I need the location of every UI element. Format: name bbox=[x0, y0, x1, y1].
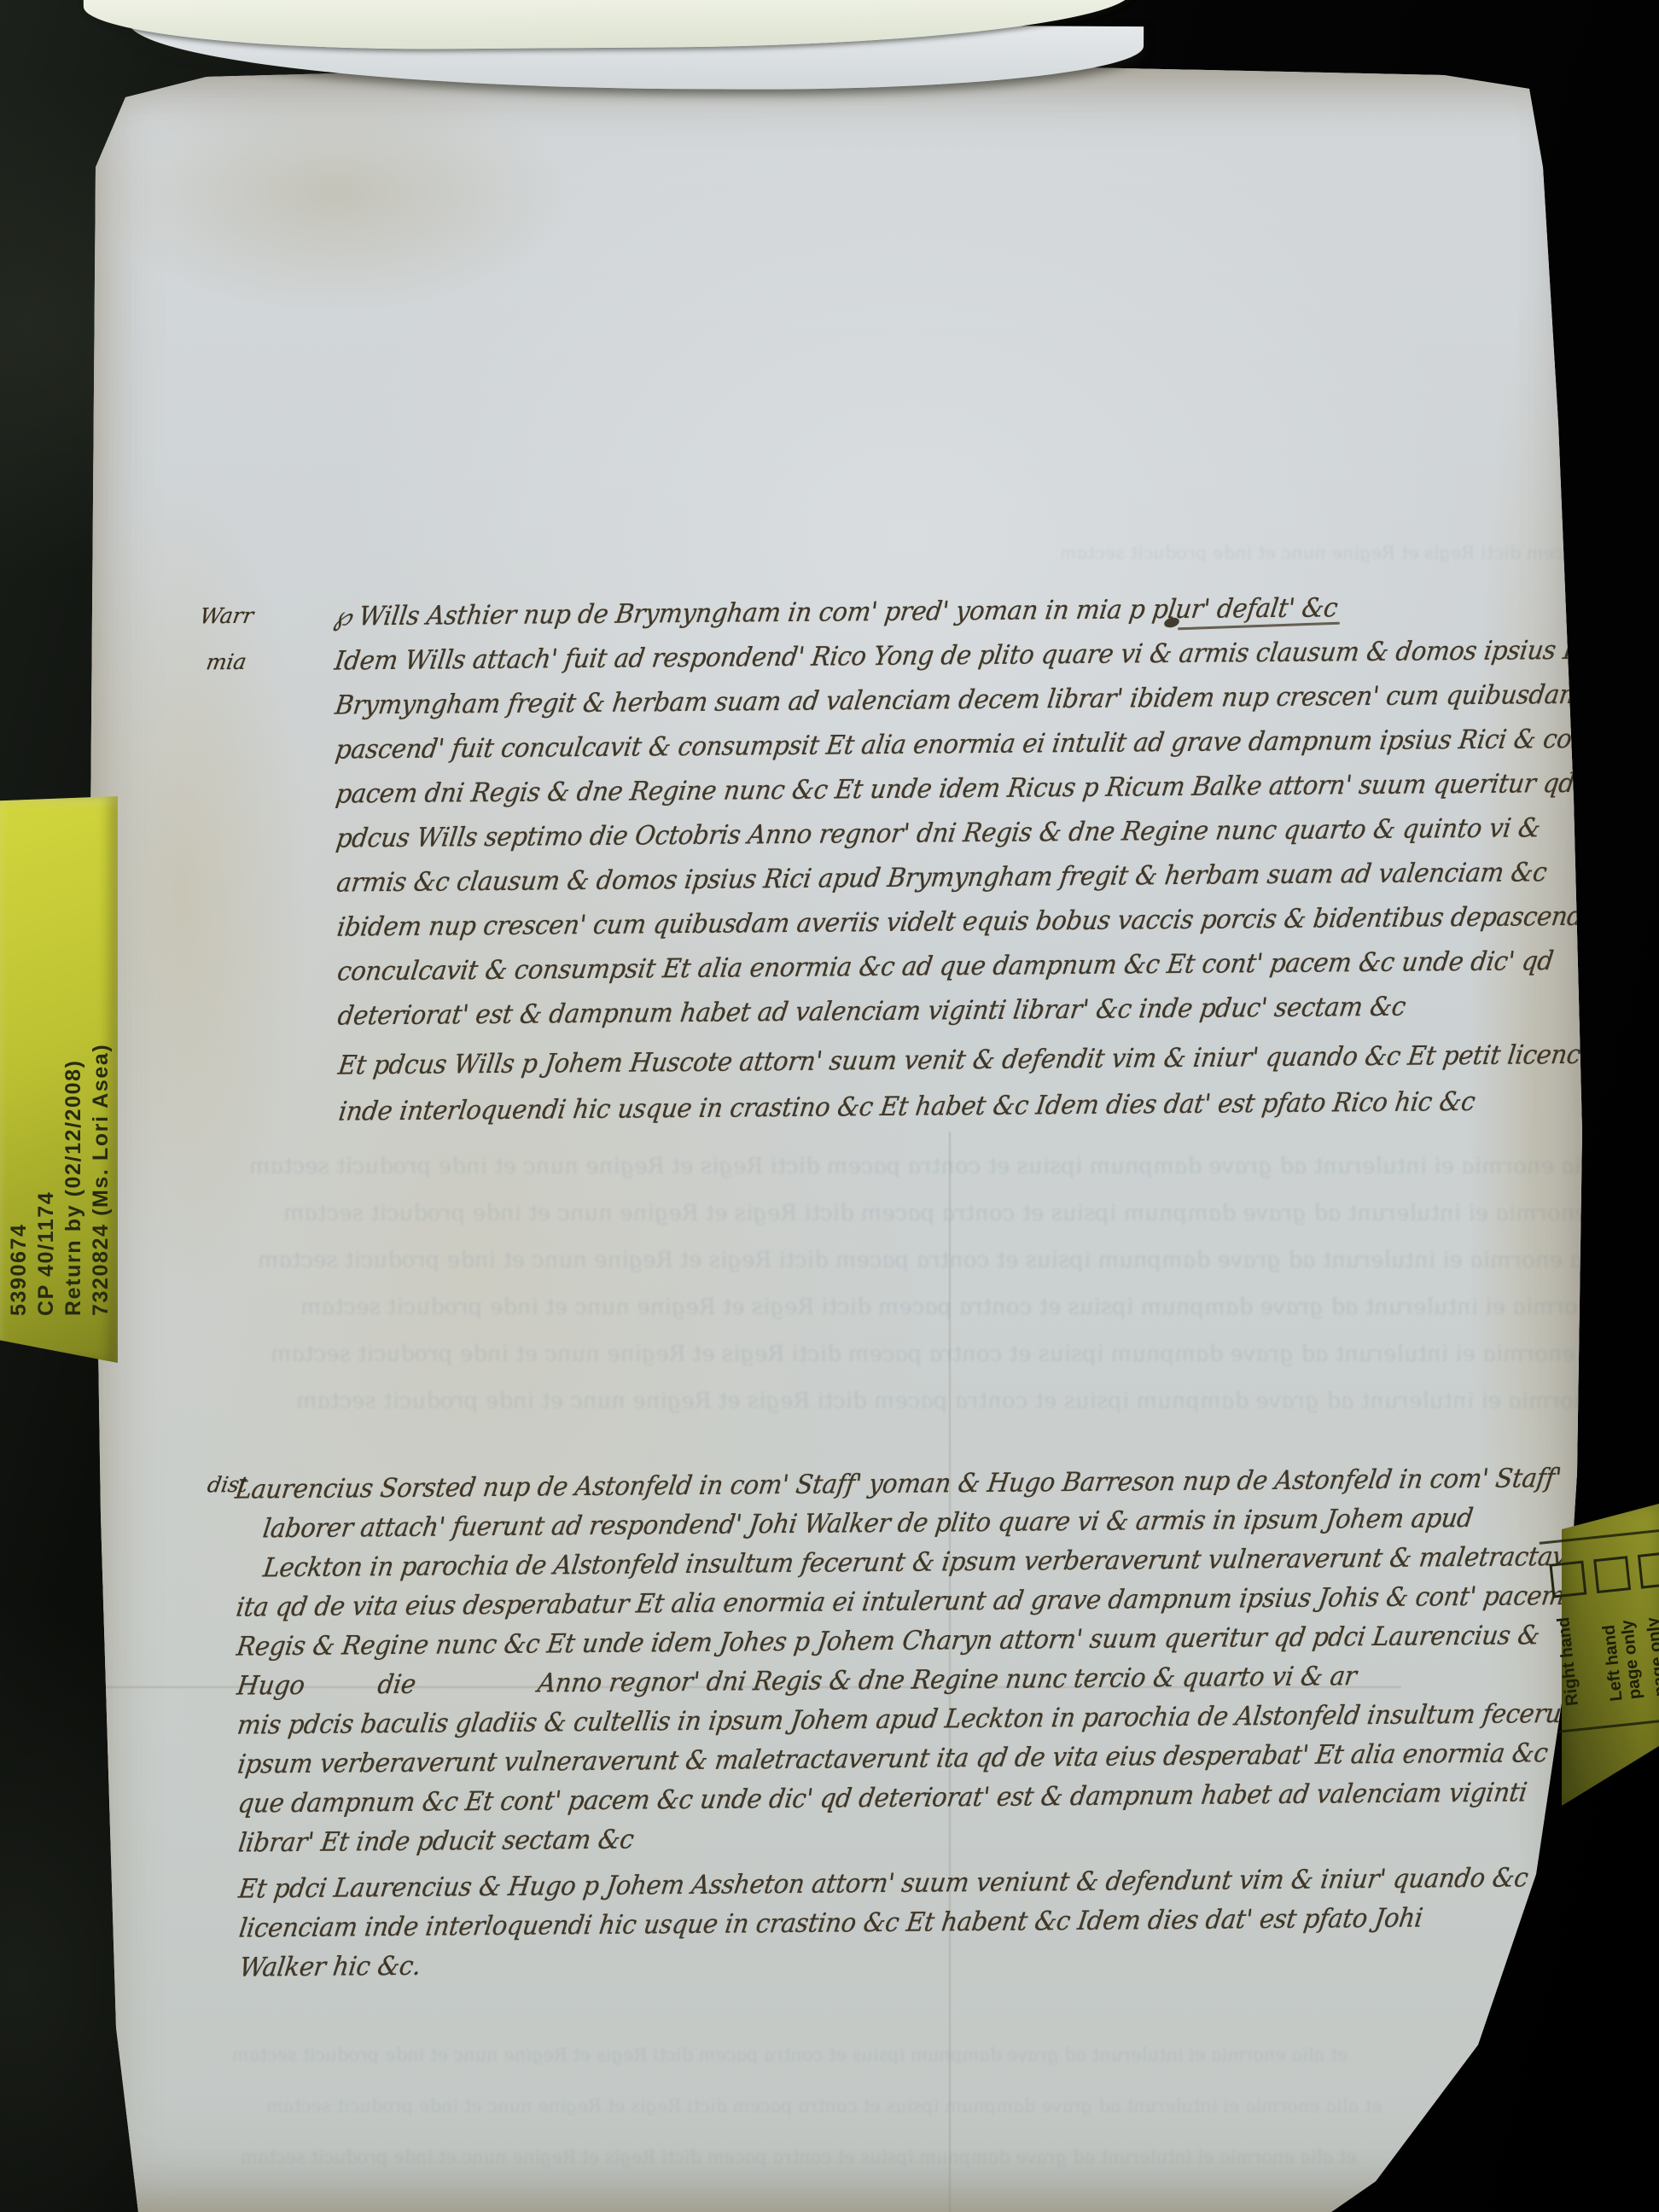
slip-barcode-number: 5390674 bbox=[5, 787, 32, 1316]
return-slip-text: 5390674 CP 40/1174 Return by (02/12/2008… bbox=[5, 787, 114, 1316]
manuscript-line: Hugo die Anno regnor' dni Regis & dne Re… bbox=[236, 1661, 1359, 1702]
manuscript-line: librar' Et inde pducit sectam &c bbox=[236, 1824, 636, 1858]
slip-order-number-and-name: 7320824 (Ms. Lori Asea) bbox=[87, 787, 114, 1316]
slip-return-by-date: Return by (02/12/2008) bbox=[60, 787, 87, 1316]
manuscript-line: licenciam inde interloquendi hic usque i… bbox=[237, 1902, 1424, 1943]
manuscript-line: que dampnum &c Et cont' pacem &c unde di… bbox=[236, 1777, 1529, 1819]
slip-document-reference: CP 40/1174 bbox=[32, 787, 60, 1316]
copy-order-tab-content: Right hand Left hand page only page only bbox=[1548, 1544, 1659, 1707]
checkbox-page-only-partial[interactable] bbox=[1638, 1551, 1659, 1589]
manuscript-line: Laurencius Sorsted nup de Astonfeld in c… bbox=[234, 1462, 1563, 1505]
manuscript-line: Leckton in parochia de Alstonfeld insult… bbox=[261, 1540, 1635, 1583]
checkbox-right-hand-page[interactable] bbox=[1549, 1561, 1586, 1598]
manuscript-line: mis pdcis baculis gladiis & cultellis in… bbox=[236, 1697, 1589, 1740]
parchment-page: Warr mia ℘ Wills Asthier nup de Brymyngh… bbox=[79, 65, 1587, 2212]
checkbox-left-hand-page-only[interactable] bbox=[1593, 1556, 1631, 1593]
manuscript-line: Walker hic &c. bbox=[237, 1950, 422, 1982]
manuscript-line: ita qd de vita eius desperabatur Et alia… bbox=[235, 1580, 1639, 1622]
manuscript-line: Et pdci Laurencius & Hugo p Johem Asshet… bbox=[237, 1861, 1619, 1904]
photograph-of-manuscript: { "colors": { "background": "#050505", "… bbox=[0, 0, 1659, 2212]
plea-entry-2: dist Laurencius Sorsted nup de Astonfeld… bbox=[73, 54, 1601, 2212]
manuscript-line: Regis & Regine nunc &c Et unde idem Johe… bbox=[235, 1620, 1541, 1662]
manuscript-line: laborer attach' fuerunt ad respondend' J… bbox=[261, 1502, 1475, 1543]
manuscript-line: ipsum verberaverunt vulneraverunt & male… bbox=[236, 1737, 1587, 1779]
